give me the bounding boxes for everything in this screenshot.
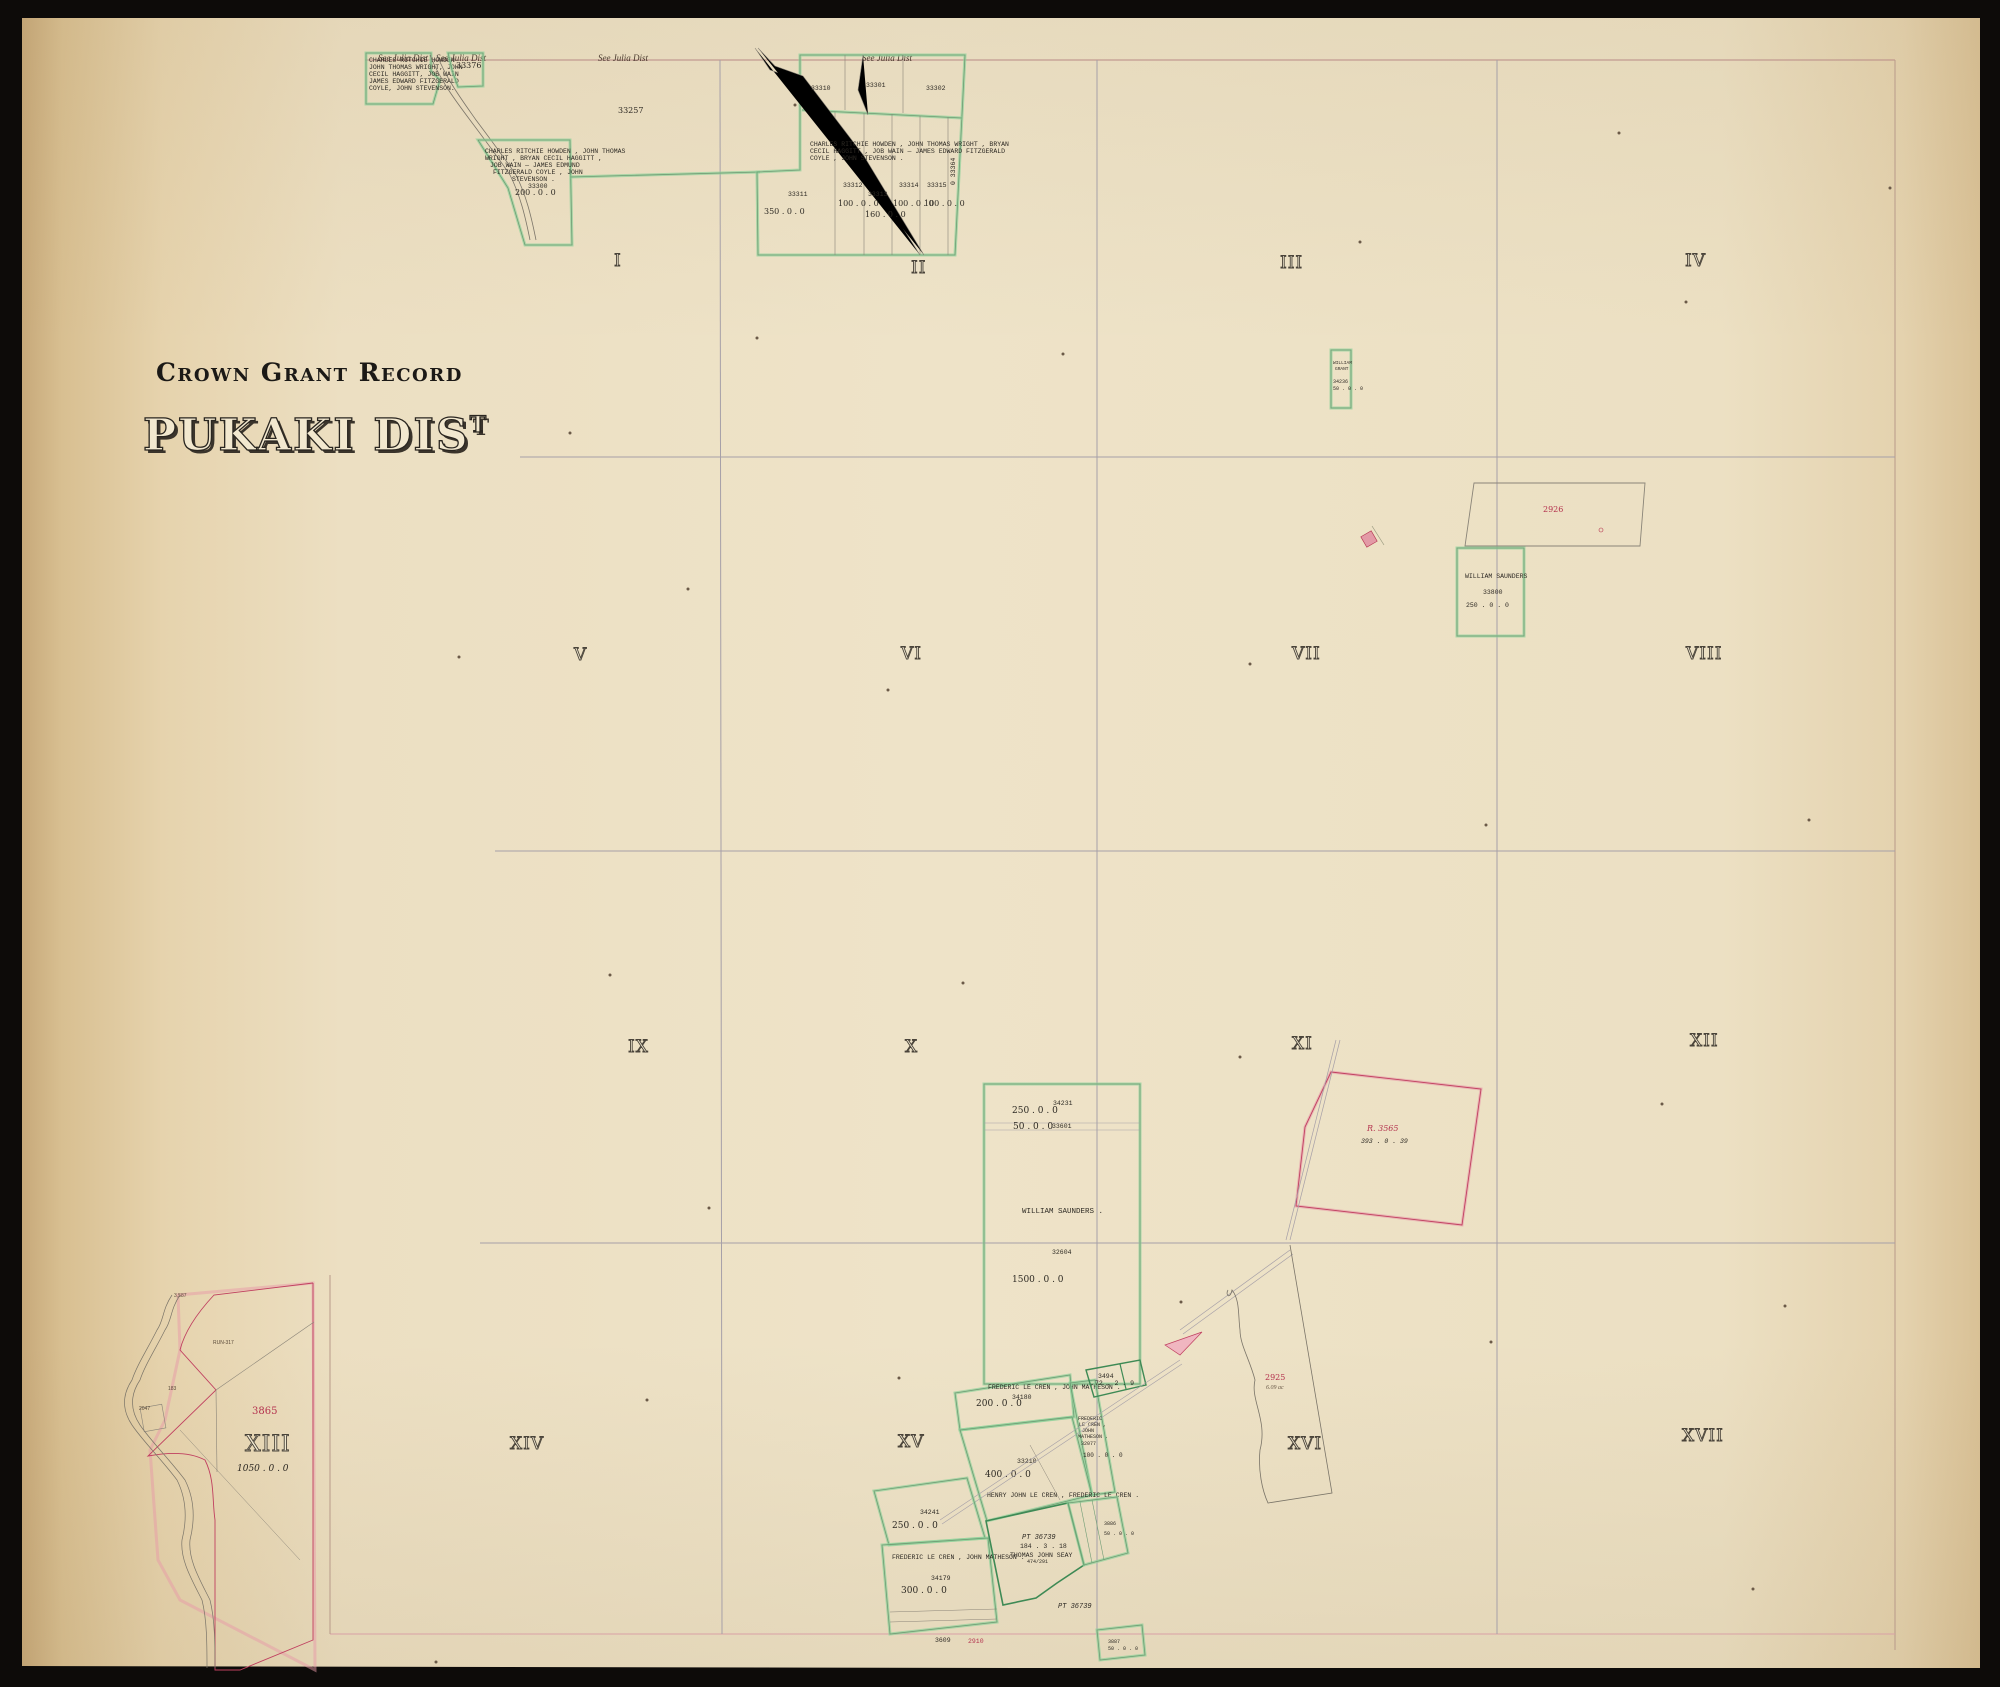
svg-text:JOB WAIN — JAMES EDMUND: JOB WAIN — JAMES EDMUND <box>490 162 580 169</box>
svg-text:33315: 33315 <box>927 182 947 189</box>
svg-text:200 . 0 . 0: 200 . 0 . 0 <box>976 1399 1022 1409</box>
svg-text:THOMAS JOHN SEAY: THOMAS JOHN SEAY <box>1010 1552 1073 1559</box>
svg-text:3494: 3494 <box>1098 1373 1114 1380</box>
svg-text:MATHESON .: MATHESON . <box>1078 1434 1108 1440</box>
grant-3865[interactable]: 3,587 RUN-317 183 2047 3865 1050 . 0 . 0 <box>125 1283 316 1670</box>
svg-text:474/291: 474/291 <box>1027 1559 1048 1565</box>
svg-text:2047: 2047 <box>139 1406 150 1412</box>
svg-text:33210: 33210 <box>1017 1458 1037 1465</box>
svg-text:34241: 34241 <box>920 1509 940 1516</box>
svg-text:FITZGERALD COYLE , JOHN: FITZGERALD COYLE , JOHN <box>493 169 583 176</box>
grant-34236[interactable]: WILLIAM GRANT 34236 50 . 0 . 0 <box>1331 350 1363 408</box>
block-XV: XV <box>898 1432 924 1452</box>
svg-text:See Julia Dist: See Julia Dist <box>598 53 648 63</box>
block-XVII: XVII <box>1682 1426 1724 1446</box>
svg-text:FREDERIC LE CREN , JOHN MATHES: FREDERIC LE CREN , JOHN MATHESON . <box>892 1554 1025 1561</box>
svg-text:0 33364: 0 33364 <box>950 158 957 185</box>
trig-stations <box>435 104 1892 1664</box>
svg-text:WILLIAM SAUNDERS: WILLIAM SAUNDERS <box>1465 573 1528 580</box>
svg-text:100 . 0 . 0: 100 . 0 . 0 <box>1083 1452 1123 1459</box>
svg-text:3887: 3887 <box>1108 1639 1120 1645</box>
svg-text:32077: 32077 <box>1081 1441 1096 1447</box>
svg-text:32604: 32604 <box>1052 1249 1072 1256</box>
grant-34241[interactable]: 34241 250 . 0 . 0 <box>874 1478 985 1545</box>
block-V: V <box>573 645 587 665</box>
svg-text:3609: 3609 <box>935 1637 951 1644</box>
parcel-2925[interactable]: 2925 6.09 ac <box>1227 1245 1332 1503</box>
svg-text:50 . 0 . 0: 50 . 0 . 0 <box>1108 1646 1138 1652</box>
svg-text:50 . 0 . 0: 50 . 0 . 0 <box>1104 1531 1134 1537</box>
svg-text:200 . 0 . 0: 200 . 0 . 0 <box>515 188 556 197</box>
svg-text:160 . 0 . 0: 160 . 0 . 0 <box>865 210 906 219</box>
block-grid <box>480 60 1895 1634</box>
grant-34179[interactable]: FREDERIC LE CREN , JOHN MATHESON . 34179… <box>882 1538 1025 1634</box>
svg-text:300 . 0 . 0: 300 . 0 . 0 <box>901 1586 947 1596</box>
svg-text:250 . 0 . 0: 250 . 0 . 0 <box>1466 602 1509 609</box>
map-title: Crown Grant Record <box>156 358 463 387</box>
svg-text:250 . 0 . 0: 250 . 0 . 0 <box>892 1521 938 1531</box>
district-title: PUKAKI DIST <box>143 410 488 461</box>
svg-text:50 . 0 . 0: 50 . 0 . 0 <box>1013 1122 1053 1132</box>
svg-text:WILLIAM SAUNDERS .: WILLIAM SAUNDERS . <box>1022 1208 1103 1216</box>
svg-text:50 . 0 . 0: 50 . 0 . 0 <box>1333 386 1363 392</box>
svg-text:COYLE, JOHN STEVENSON.: COYLE, JOHN STEVENSON. <box>369 85 455 92</box>
svg-text:CECIL HAGGITT , JOB WAIN — JAM: CECIL HAGGITT , JOB WAIN — JAMES EDWARD … <box>810 148 1005 155</box>
svg-text:PT 36739: PT 36739 <box>1022 1534 1056 1542</box>
svg-text:JOHN THOMAS WRIGHT, JOHN: JOHN THOMAS WRIGHT, JOHN <box>369 64 463 71</box>
reserve-R3565[interactable]: R. 3565 393 . 0 . 39 <box>1296 1072 1481 1225</box>
svg-text:33313: 33313 <box>868 191 888 198</box>
grant-block-II-group[interactable]: 33310 33301 33302 CHARLES RITCHIE HOWDEN… <box>755 48 1009 255</box>
svg-text:2925: 2925 <box>1265 1373 1285 1382</box>
svg-text:COYLE , JOHN STEVENSON .: COYLE , JOHN STEVENSON . <box>810 155 904 162</box>
road-lines <box>1180 1040 1340 1334</box>
svg-text:2910: 2910 <box>968 1638 984 1645</box>
svg-text:STEVENSON .: STEVENSON . <box>512 176 555 183</box>
block-XIV: XIV <box>510 1434 544 1454</box>
svg-text:WILLIAM: WILLIAM <box>1333 360 1352 366</box>
svg-text:R. 3565: R. 3565 <box>1366 1124 1398 1133</box>
svg-text:3865: 3865 <box>252 1406 277 1417</box>
svg-text:3,587: 3,587 <box>174 1293 187 1299</box>
red-stamp-mark <box>1361 526 1384 547</box>
svg-text:JAMES EDWARD FITZGERALD: JAMES EDWARD FITZGERALD <box>369 78 459 85</box>
svg-text:RUN-317: RUN-317 <box>213 1340 234 1346</box>
bottom-numbers: 3609 2910 <box>935 1637 984 1645</box>
svg-text:CHARLES RITCHIE HOWDEN , JOHN: CHARLES RITCHIE HOWDEN , JOHN THOMAS <box>485 148 626 155</box>
grant-bottom-right-small[interactable]: 3887 50 . 0 . 0 <box>1097 1625 1145 1660</box>
svg-text:33601: 33601 <box>1052 1123 1072 1130</box>
block-XII: XII <box>1690 1031 1719 1051</box>
svg-text:34236: 34236 <box>1333 379 1348 385</box>
block-IX: IX <box>628 1037 649 1057</box>
red-arrow-mark <box>1165 1332 1202 1355</box>
block-VI: VI <box>900 644 922 664</box>
svg-text:33301: 33301 <box>866 82 886 89</box>
svg-text:100 . 0 . 0: 100 . 0 . 0 <box>838 199 879 208</box>
parcel-2926[interactable]: 2926 <box>1465 483 1645 546</box>
svg-text:72 . 2 . 9: 72 . 2 . 9 <box>1095 1380 1134 1387</box>
svg-text:CHARLES RITCHIE HOWDEN: CHARLES RITCHIE HOWDEN <box>369 57 455 64</box>
svg-text:33312: 33312 <box>843 182 863 189</box>
svg-text:350 . 0 . 0: 350 . 0 . 0 <box>764 207 805 216</box>
block-XIII: XIII <box>245 1432 291 1457</box>
svg-text:33800: 33800 <box>1483 589 1503 596</box>
svg-text:33257: 33257 <box>618 106 643 115</box>
block-VII: VII <box>1291 644 1321 664</box>
svg-text:2926: 2926 <box>1543 505 1563 514</box>
svg-text:3886: 3886 <box>1104 1521 1116 1527</box>
svg-text:33310: 33310 <box>811 85 831 92</box>
svg-text:6.09 ac: 6.09 ac <box>1266 1385 1284 1391</box>
svg-text:393 . 0 . 39: 393 . 0 . 39 <box>1361 1138 1408 1145</box>
grant-33800[interactable]: WILLIAM SAUNDERS 33800 250 . 0 . 0 <box>1457 548 1528 636</box>
svg-text:33314: 33314 <box>899 182 919 189</box>
svg-text:250 . 0 . 0: 250 . 0 . 0 <box>1012 1106 1058 1116</box>
svg-text:PT 36739: PT 36739 <box>1058 1603 1092 1611</box>
svg-text:184 . 3 . 18: 184 . 3 . 18 <box>1020 1543 1067 1550</box>
svg-text:1500 . 0 . 0: 1500 . 0 . 0 <box>1012 1275 1064 1285</box>
grant-small-strips[interactable]: 3886 50 . 0 . 0 <box>1068 1497 1134 1565</box>
block-X: X <box>905 1037 918 1057</box>
svg-text:183: 183 <box>168 1386 177 1392</box>
svg-text:33376: 33376 <box>456 61 481 70</box>
block-II: II <box>911 258 926 278</box>
svg-text:GRANT: GRANT <box>1335 366 1349 372</box>
block-VIII: VIII <box>1685 644 1722 664</box>
block-IV: IV <box>1685 251 1706 271</box>
svg-text:100 . 0 . 0: 100 . 0 . 0 <box>924 199 965 208</box>
svg-text:1050 . 0 . 0: 1050 . 0 . 0 <box>237 1464 289 1474</box>
block-III: III <box>1280 253 1303 273</box>
svg-text:33302: 33302 <box>926 85 946 92</box>
grant-saunders-large[interactable]: 34231 250 . 0 . 0 33601 50 . 0 . 0 WILLI… <box>984 1084 1140 1384</box>
block-XI: XI <box>1292 1034 1313 1054</box>
survey-map: Crown Grant Record PUKAKI DIST See Julia… <box>0 0 2000 1687</box>
block-I: I <box>614 251 622 271</box>
svg-text:33311: 33311 <box>788 191 808 198</box>
block-XVI: XVI <box>1288 1434 1322 1454</box>
svg-text:WRIGHT , BRYAN CECIL HAGGITT ,: WRIGHT , BRYAN CECIL HAGGITT , <box>485 155 602 162</box>
svg-text:34179: 34179 <box>931 1575 951 1582</box>
svg-text:CHARLES RITCHIE HOWDEN , JOHN: CHARLES RITCHIE HOWDEN , JOHN THOMAS WRI… <box>810 141 1009 148</box>
